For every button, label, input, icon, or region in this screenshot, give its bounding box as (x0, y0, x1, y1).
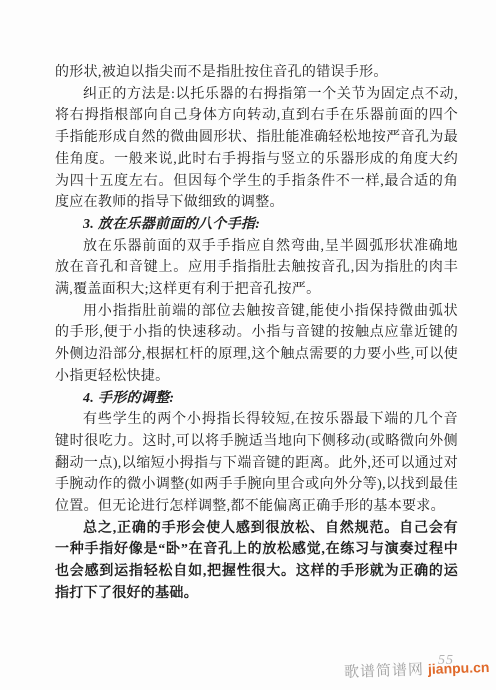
section-heading: 4. 手形的调整: (55, 388, 458, 410)
watermark-site-name: 歌谱简谱网 (344, 662, 425, 681)
paragraph: 有些学生的两个小拇指长得较短,在按乐器最下端的几个音键时很吃力。这时,可以将手腕… (55, 409, 458, 518)
paragraph: 总之,正确的手形会使人感到很放松、自然规范。自己会有一种手指好像是“卧”在音孔上… (55, 518, 458, 605)
section-heading: 3. 放在乐器前面的八个手指: (55, 214, 458, 236)
page-footer: 55 歌谱简谱网jianpu.cn (0, 645, 496, 690)
paragraph: 放在乐器前面的双手手指应自然弯曲,呈半圆弧形状准确地放在音孔和音键上。应用手指指… (55, 236, 458, 301)
paragraph: 的形状,被迫以指尖而不是指肚按住音孔的错误手形。 (55, 62, 458, 84)
book-page: 的形状,被迫以指尖而不是指肚按住音孔的错误手形。纠正的方法是:以托乐器的右拇指第… (0, 0, 496, 690)
page-text: 的形状,被迫以指尖而不是指肚按住音孔的错误手形。纠正的方法是:以托乐器的右拇指第… (55, 62, 458, 605)
watermark: 歌谱简谱网jianpu.cn (344, 656, 490, 682)
paragraph: 用小指指肚前端的部位去触按音键,能使小指保持微曲弧状的手形,便于小指的快速移动。… (55, 301, 458, 388)
paragraph: 纠正的方法是:以托乐器的右拇指第一个关节为固定点不动,将右拇指根部向自己身体方向… (55, 84, 458, 214)
watermark-site-url: jianpu.cn (428, 659, 490, 677)
